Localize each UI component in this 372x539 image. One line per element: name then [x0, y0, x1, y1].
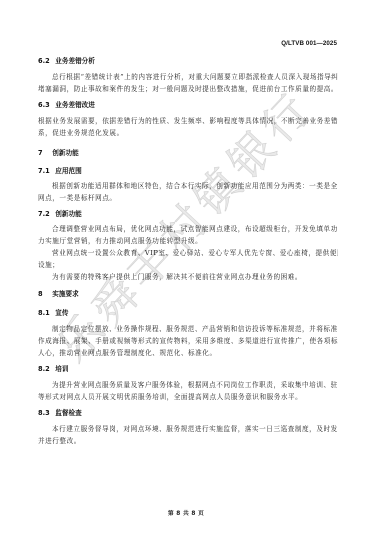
section-title: 业务差错分析 [55, 57, 95, 65]
section-number: 6.2 [38, 57, 53, 65]
section-title: 宣传 [55, 309, 68, 317]
heading-7-1: 7.1 应用范围 [38, 167, 82, 175]
page-number: 第 8 共 8 页 [0, 508, 372, 517]
heading-7-2: 7.2 创新功能 [38, 210, 82, 218]
heading-6-2: 6.2 业务差错分析 [38, 57, 95, 65]
section-title: 应用范围 [55, 167, 81, 175]
section-title: 培训 [55, 365, 68, 373]
document-code: Q/LTVB 001—2025 [281, 40, 337, 47]
heading-8-1: 8.1 宣传 [38, 309, 68, 317]
section-number: 7.1 [38, 167, 53, 175]
section-number: 7.2 [38, 210, 53, 218]
section-number: 8.2 [38, 365, 53, 373]
heading-6-3: 6.3 业务差错改进 [38, 101, 95, 109]
section-number: 8.3 [38, 409, 53, 417]
paragraph-line: 制定物品定位摆放、业务操作规程、服务规范、产品营销和信访投诉等标准规范，并将标准… [52, 325, 338, 333]
section-number: 7 [38, 149, 50, 157]
section-title: 业务差错改进 [55, 101, 95, 109]
paragraph-line: 根据创新功能适用群体和地区特色，结合本行实际，创新功能应用范围分为两类：一类是全… [52, 182, 338, 190]
section-number: 8.1 [38, 309, 53, 317]
heading-7: 7 创新功能 [38, 149, 79, 157]
paragraph-line: 作成海报、展架、手册或视频等形式的宣传物料，采用多维度、多渠道进行宣传推广，使各… [38, 337, 338, 345]
paragraph-line: 堵塞漏洞，防止事故和案件的发生；对一般问题及时提出整改措施，促进前台工作质量的提… [38, 85, 338, 93]
paragraph-line: 力实施厅堂营销，有力推动网点服务功能转型升级。 [38, 237, 338, 245]
paragraph-line: 根据业务发展需要，依据差错行为的性质、发生频率、影响程度等具体情况，不断完善业务… [38, 117, 338, 125]
paragraph-line: 设施； [38, 261, 338, 269]
section-title: 实施要求 [52, 290, 78, 298]
paragraph-line: 本行建立服务督导岗，对网点环境、服务规范进行实施监督，落实一日三巡查制度，及时发… [52, 425, 338, 433]
paragraph-line: 合理调整营业网点布局，优化网点功能，试点智能网点建设，布设超级柜台，开发免填单功… [52, 225, 338, 233]
paragraph-line: 为有需要的特殊客户提供上门服务，解决其不便前往营业网点办理业务的困难。 [52, 273, 338, 281]
section-title: 创新功能 [52, 149, 78, 157]
paragraph-line: 等形式对网点人员开展文明优质服务培训，全面提高网点人员服务意识和服务水平。 [38, 393, 338, 401]
section-number: 8 [38, 290, 50, 298]
paragraph-line: 总行根据“差错统计表”上的内容进行分析，对重大问题要立即指派检查人员深入现场指导… [52, 73, 338, 81]
paragraph-line: 并进行整改。 [38, 437, 338, 445]
heading-8: 8 实施要求 [38, 290, 79, 298]
paragraph-line: 为提升营业网点服务质量及客户服务体验，根据网点不同岗位工作职责，采取集中培训、驻… [52, 381, 338, 389]
paragraph-line: 系，促进业务规范化发展。 [38, 129, 338, 137]
section-title: 监督检查 [55, 409, 81, 417]
section-title: 创新功能 [55, 210, 81, 218]
paragraph-line: 人心，推动营业网点服务管理制度化、规范化、标准化。 [38, 349, 338, 357]
heading-8-2: 8.2 培训 [38, 365, 68, 373]
paragraph-line: 营业网点统一设置公众教育、VIP室、爱心驿站、爱心专军人优先专窗、爱心座椅，提供… [52, 249, 338, 257]
section-number: 6.3 [38, 101, 53, 109]
paragraph-line: 网点，一类是标杆网点。 [38, 194, 338, 202]
heading-8-3: 8.3 监督检查 [38, 409, 82, 417]
document-page: 乐舜丰村镇银行 Q/LTVB 001—2025 6.2 业务差错分析 总行根据“… [0, 0, 372, 539]
